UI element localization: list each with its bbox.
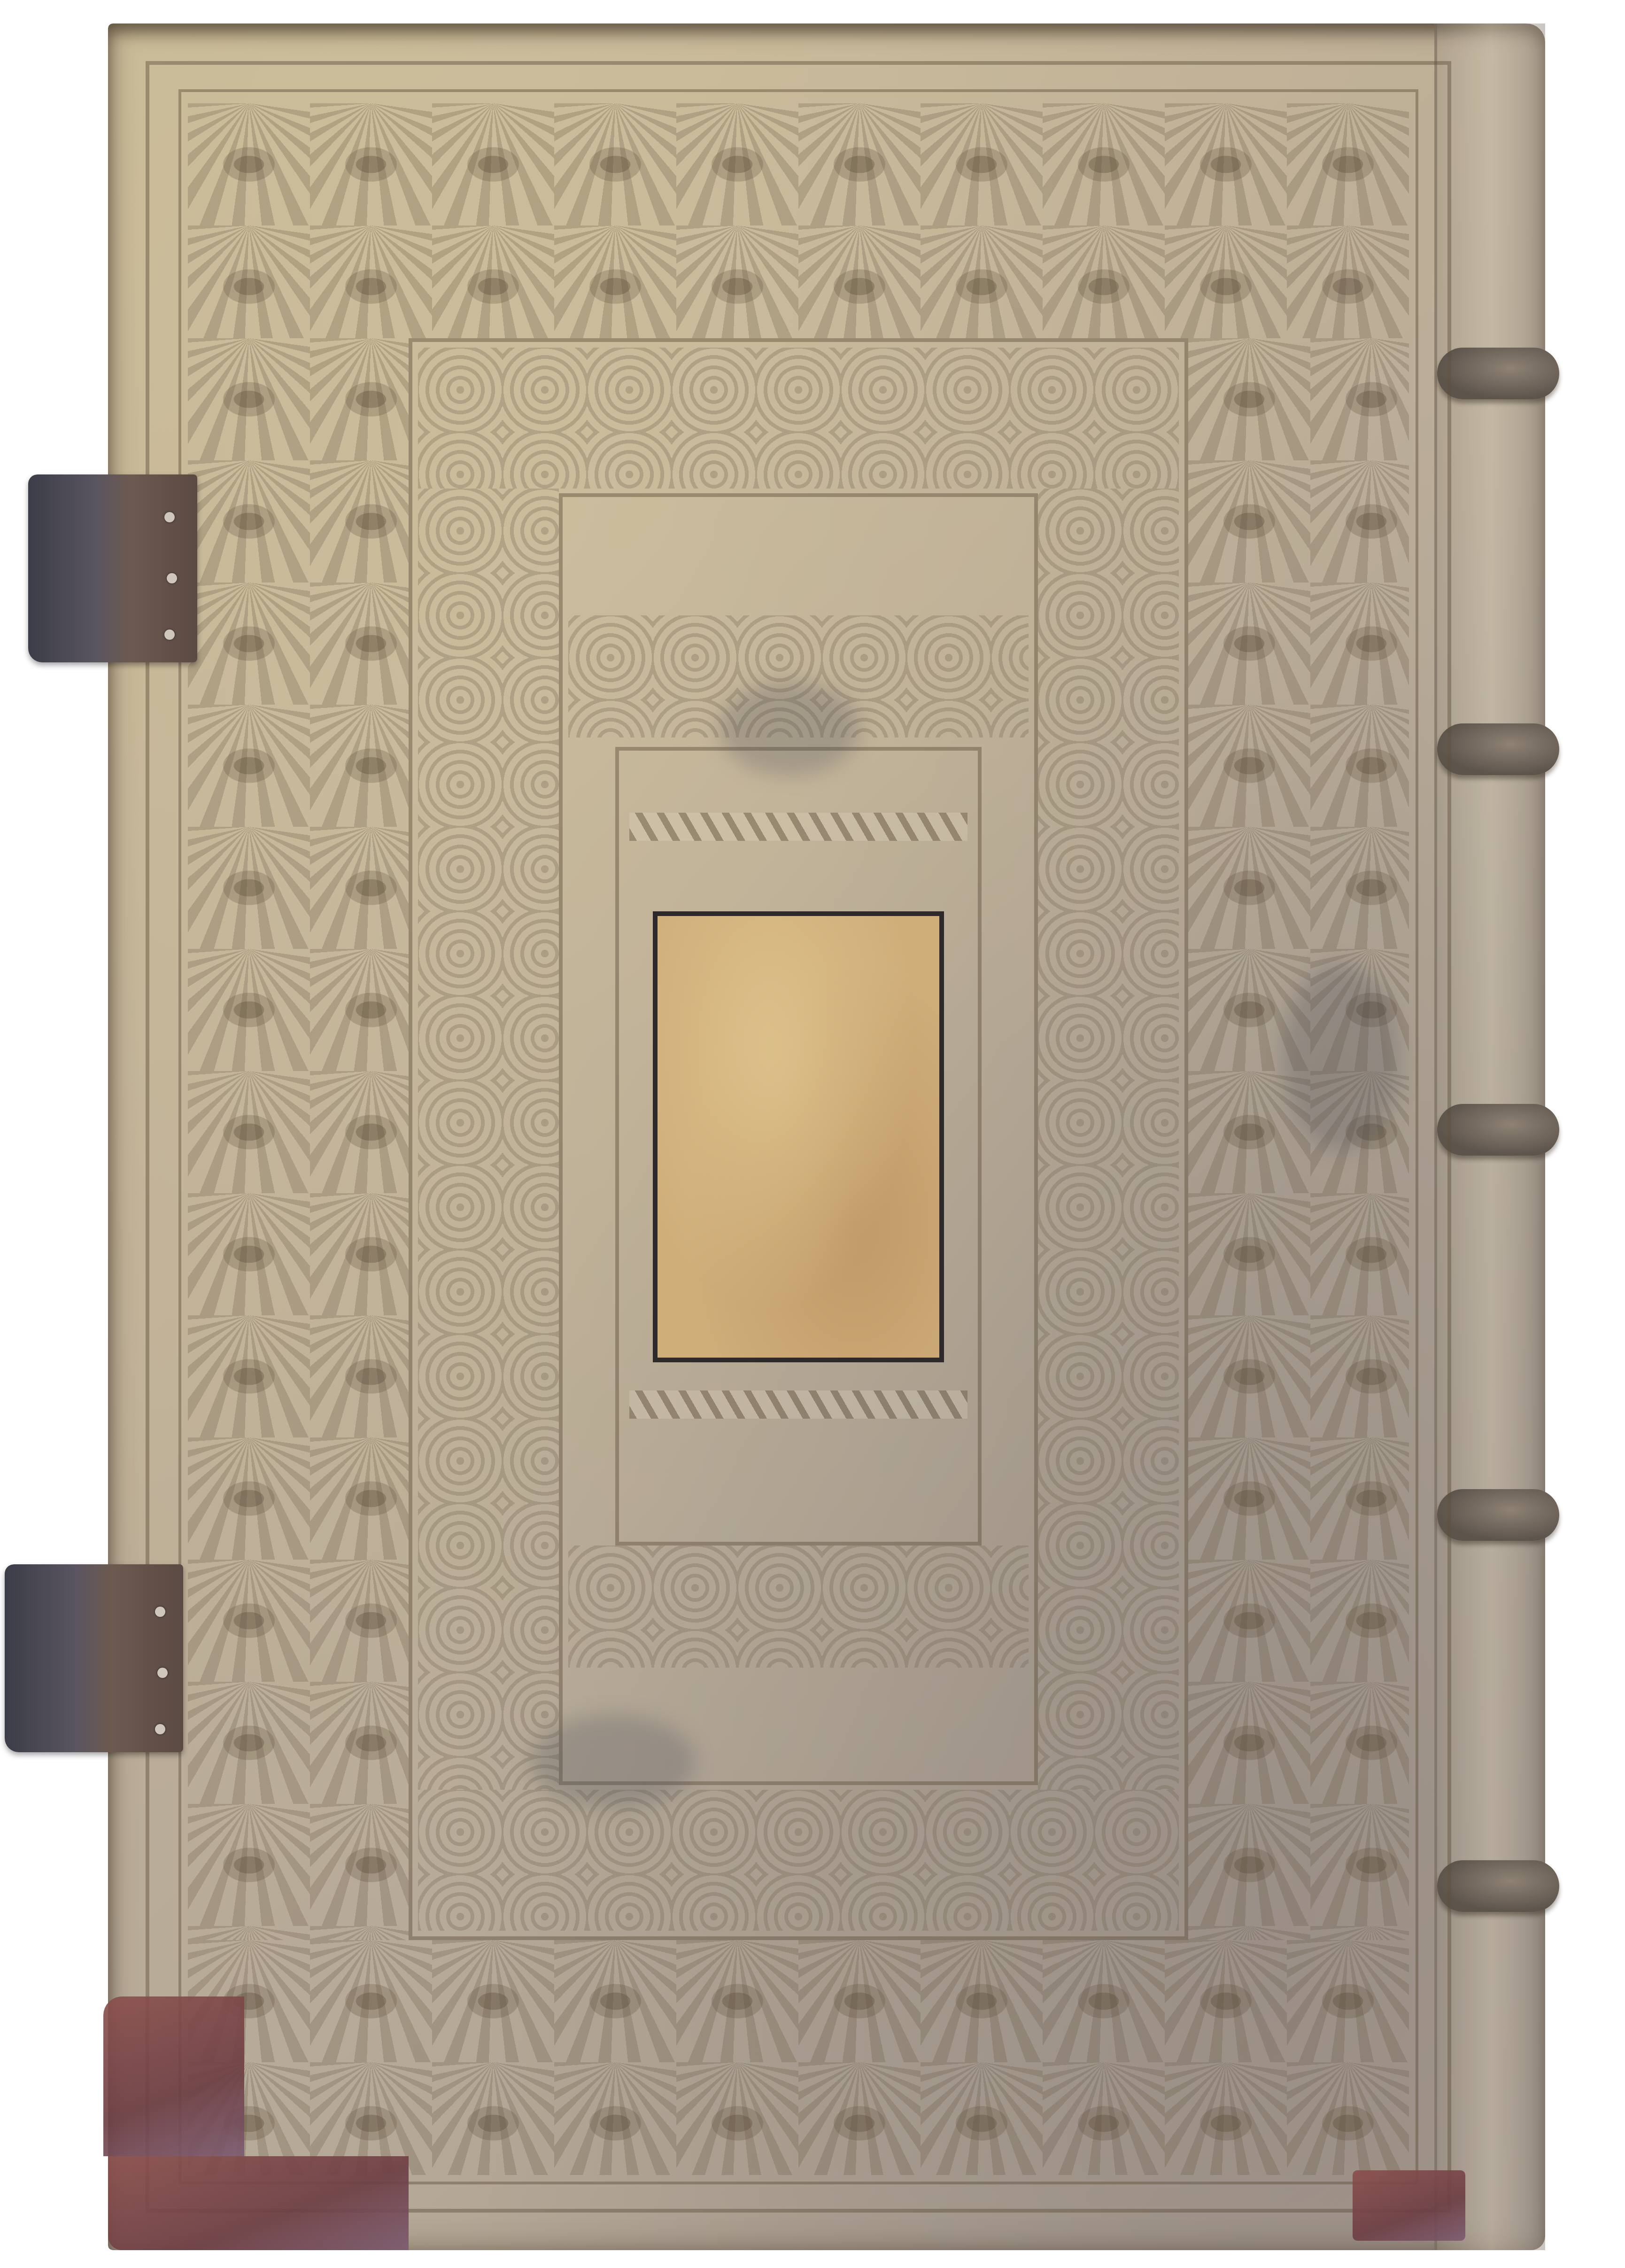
bottom-cable-roll bbox=[629, 1390, 967, 1419]
spine-band bbox=[1437, 1860, 1559, 1912]
stain bbox=[531, 1715, 695, 1809]
top-cable-roll bbox=[629, 813, 967, 841]
left-palmette-border bbox=[188, 338, 409, 1940]
spine-band bbox=[1437, 1489, 1559, 1541]
second-frame-left-roll bbox=[418, 489, 559, 1790]
right-palmette-border bbox=[1188, 338, 1409, 1940]
bottom-left-corner-piece bbox=[108, 2156, 409, 2250]
second-frame-right-roll bbox=[1038, 489, 1179, 1790]
second-frame-top-roll bbox=[418, 348, 1179, 489]
spine-band bbox=[1437, 348, 1559, 399]
spine-band bbox=[1437, 723, 1559, 775]
center-embossed-panel bbox=[653, 911, 944, 1362]
rivet-icon bbox=[155, 1607, 165, 1617]
upper-clasp bbox=[28, 474, 197, 662]
rivet-icon bbox=[164, 512, 175, 522]
bottom-palmette-border bbox=[188, 1940, 1409, 2175]
rivet-icon bbox=[157, 1668, 168, 1678]
third-frame-bottom-roll bbox=[568, 1546, 1029, 1668]
rivet-icon bbox=[167, 573, 177, 583]
book-cover bbox=[108, 23, 1545, 2250]
top-palmette-border bbox=[188, 103, 1409, 338]
rivet-icon bbox=[164, 629, 175, 640]
bottom-left-corner-patch bbox=[103, 1996, 244, 2156]
rivet-icon bbox=[155, 1724, 165, 1734]
second-frame-bottom-roll bbox=[418, 1790, 1179, 1931]
stain bbox=[719, 681, 859, 775]
stain bbox=[1282, 963, 1400, 1151]
spine-band bbox=[1437, 1104, 1559, 1156]
lower-clasp bbox=[5, 1564, 183, 1752]
bottom-right-corner-piece bbox=[1353, 2170, 1465, 2241]
